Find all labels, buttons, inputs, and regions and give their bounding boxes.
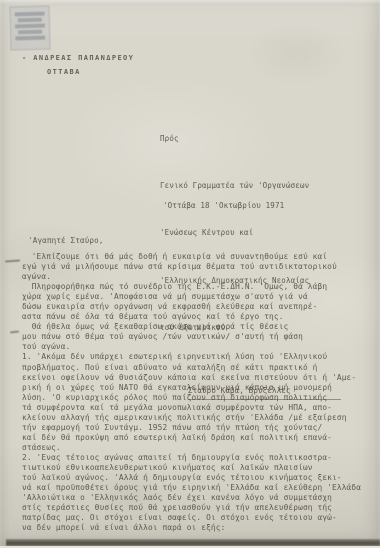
stamp-text-row bbox=[15, 24, 45, 29]
salutation: 'Αγαπητέ Σταύρο, bbox=[28, 236, 104, 245]
stamp-text-row bbox=[18, 30, 42, 35]
scan-bottom-edge bbox=[6, 539, 380, 546]
stamp-text-row bbox=[15, 36, 45, 41]
pencil-margin-mark bbox=[10, 331, 19, 334]
stamp-text-row bbox=[18, 18, 42, 23]
scanned-letter-page: - ΑΝΔΡΕΑΣ ΠΑΠΑΝΔΡΕΟΥ ΟΤΤΑΒΑ Πρός Γενικό … bbox=[0, 0, 380, 548]
letter-body-text: 'Ελπίζουμε ότι θά μάς δοθή ή ευκαιρία νά… bbox=[22, 252, 367, 533]
letterhead-stamp bbox=[9, 5, 50, 50]
date-line: 'Οττάβα 18 'Οκτωβρίου 1971 bbox=[163, 201, 284, 210]
recipient-line: Γενικό Γραμματέα τών 'Οργανώσεων bbox=[160, 178, 341, 194]
sender-name: - ΑΝΔΡΕΑΣ ΠΑΠΑΝΔΡΕΟΥ bbox=[22, 54, 134, 62]
recipient-line: 'Ενώσεως Κέντρου καί bbox=[160, 225, 341, 241]
recipient-line: Πρός bbox=[160, 131, 341, 147]
stamp-text-row bbox=[15, 12, 45, 17]
sender-city: ΟΤΤΑΒΑ bbox=[47, 68, 81, 76]
pencil-margin-mark bbox=[5, 259, 20, 262]
